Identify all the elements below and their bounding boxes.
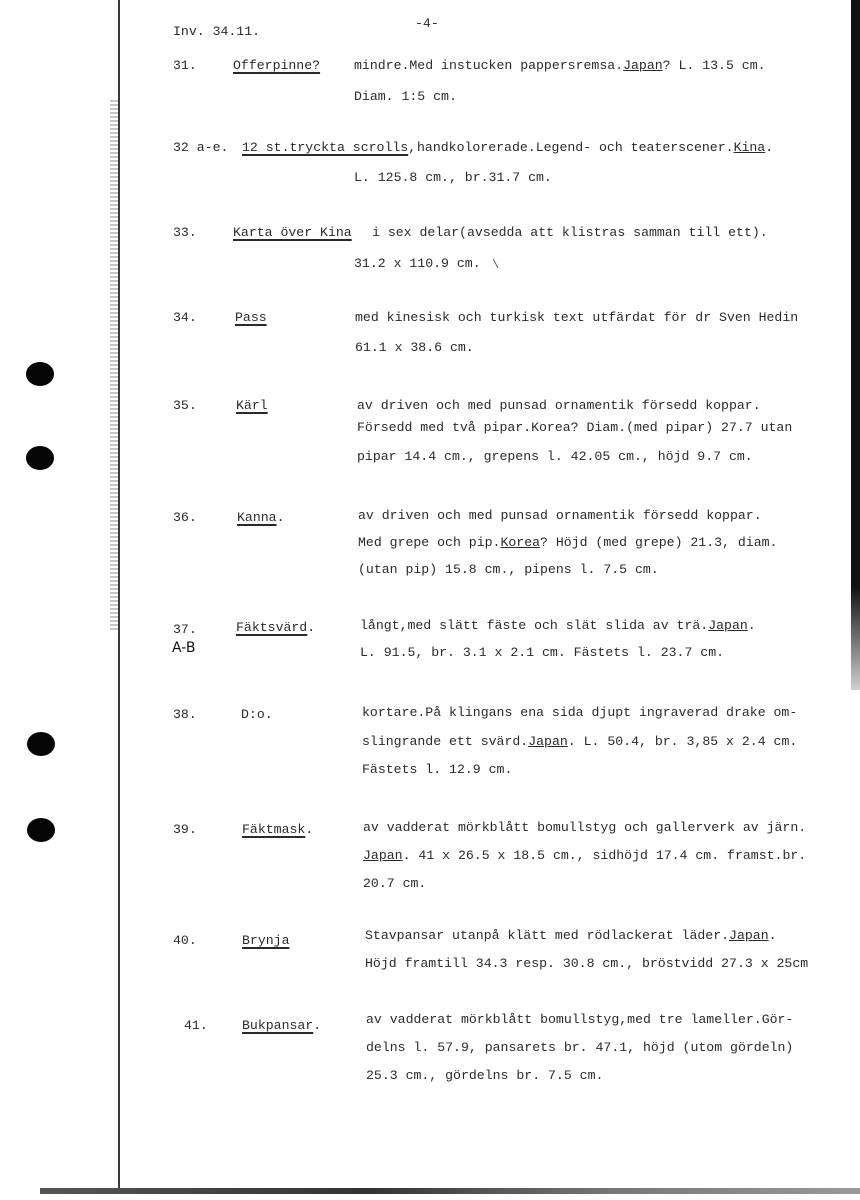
entry-description-line: långt,med slätt fäste och slät slida av … xyxy=(360,618,756,633)
page-edge-bottom xyxy=(40,1188,860,1194)
handwritten-note: A-B xyxy=(172,640,195,656)
entry-description-line: av driven och med punsad ornamentik förs… xyxy=(357,398,761,413)
entry-number: 37. xyxy=(173,622,197,637)
entry-title: 12 st.tryckta scrolls, xyxy=(242,140,416,155)
entry-title: Kanna. xyxy=(237,510,285,525)
entry-title: Brynja xyxy=(242,933,289,948)
entry-number: 38. xyxy=(173,707,197,722)
entry-description-line: delns l. 57.9, pansarets br. 47.1, höjd … xyxy=(366,1040,793,1055)
entry-description-line: Fästets l. 12.9 cm. xyxy=(362,762,512,777)
entry-description-line: 20.7 cm. xyxy=(363,876,426,891)
entry-description-line: i sex delar(avsedda att klistras samman … xyxy=(372,225,768,240)
entry-description-line: L. 125.8 cm., br.31.7 cm. xyxy=(354,170,552,185)
entry-description-line: (utan pip) 15.8 cm., pipens l. 7.5 cm. xyxy=(358,562,659,577)
page-edge-left xyxy=(118,0,120,1192)
entry-number: 39. xyxy=(173,822,197,837)
entry-number: 34. xyxy=(173,310,197,325)
binding-shadow xyxy=(110,100,118,630)
entry-description-line: kortare.På klingans ena sida djupt ingra… xyxy=(362,705,797,720)
entry-number: 32 a-e. xyxy=(173,140,228,155)
entry-number: 31. xyxy=(173,58,197,73)
entry-description-line: av driven och med punsad ornamentik förs… xyxy=(358,508,762,523)
entry-description-line: Diam. 1:5 cm. xyxy=(354,89,457,104)
entry-description-line: Försedd med två pipar.Korea? Diam.(med p… xyxy=(357,420,792,435)
entry-description-line: 61.1 x 38.6 cm. xyxy=(355,340,474,355)
entry-title: Fäktmask. xyxy=(242,822,313,837)
entry-description-line: pipar 14.4 cm., grepens l. 42.05 cm., hö… xyxy=(357,449,753,464)
entry-description-line: 31.2 x 110.9 cm. xyxy=(354,256,481,271)
page-edge-right xyxy=(851,0,860,690)
entry-number: 33. xyxy=(173,225,197,240)
entry-description-line: mindre.Med instucken pappersremsa.Japan?… xyxy=(354,58,766,73)
entry-title: Fäktsvärd. xyxy=(236,620,315,635)
page-number: -4- xyxy=(415,16,439,31)
punch-hole xyxy=(27,732,55,756)
entry-number: 36. xyxy=(173,510,197,525)
entry-description-line: Med grepe och pip.Korea? Höjd (med grepe… xyxy=(358,535,777,550)
entry-description-line: med kinesisk och turkisk text utfärdat f… xyxy=(355,310,798,325)
entry-title: Bukpansar. xyxy=(242,1018,321,1033)
entry-description-line: Japan. 41 x 26.5 x 18.5 cm., sidhöjd 17.… xyxy=(363,848,806,863)
entry-title: D:o. xyxy=(241,707,273,722)
entry-description-line: handkolorerade.Legend- och teaterscener.… xyxy=(417,140,773,155)
entry-title: Kärl xyxy=(236,398,268,413)
entry-number: 35. xyxy=(173,398,197,413)
stray-mark: \ xyxy=(492,258,499,272)
entry-description-line: 25.3 cm., gördelns br. 7.5 cm. xyxy=(366,1068,603,1083)
entry-description-line: slingrande ett svärd.Japan. L. 50.4, br.… xyxy=(362,734,797,749)
entry-number: 41. xyxy=(184,1018,208,1033)
entry-description-line: Höjd framtill 34.3 resp. 30.8 cm., bröst… xyxy=(365,956,808,971)
punch-hole xyxy=(26,446,54,470)
entry-title: Karta över Kina xyxy=(233,225,352,240)
inventory-reference: Inv. 34.11. xyxy=(173,24,260,39)
entry-description-line: Stavpansar utanpå klätt med rödlackerat … xyxy=(365,928,777,943)
punch-hole xyxy=(27,818,55,842)
entry-title: Offerpinne? xyxy=(233,58,320,73)
entry-title: Pass xyxy=(235,310,267,325)
entry-description-line: L. 91.5, br. 3.1 x 2.1 cm. Fästets l. 23… xyxy=(360,645,724,660)
entry-description-line: av vadderat mörkblått bomullstyg,med tre… xyxy=(366,1012,793,1027)
entry-number: 40. xyxy=(173,933,197,948)
entry-description-line: av vadderat mörkblått bomullstyg och gal… xyxy=(363,820,806,835)
punch-hole xyxy=(26,362,54,386)
